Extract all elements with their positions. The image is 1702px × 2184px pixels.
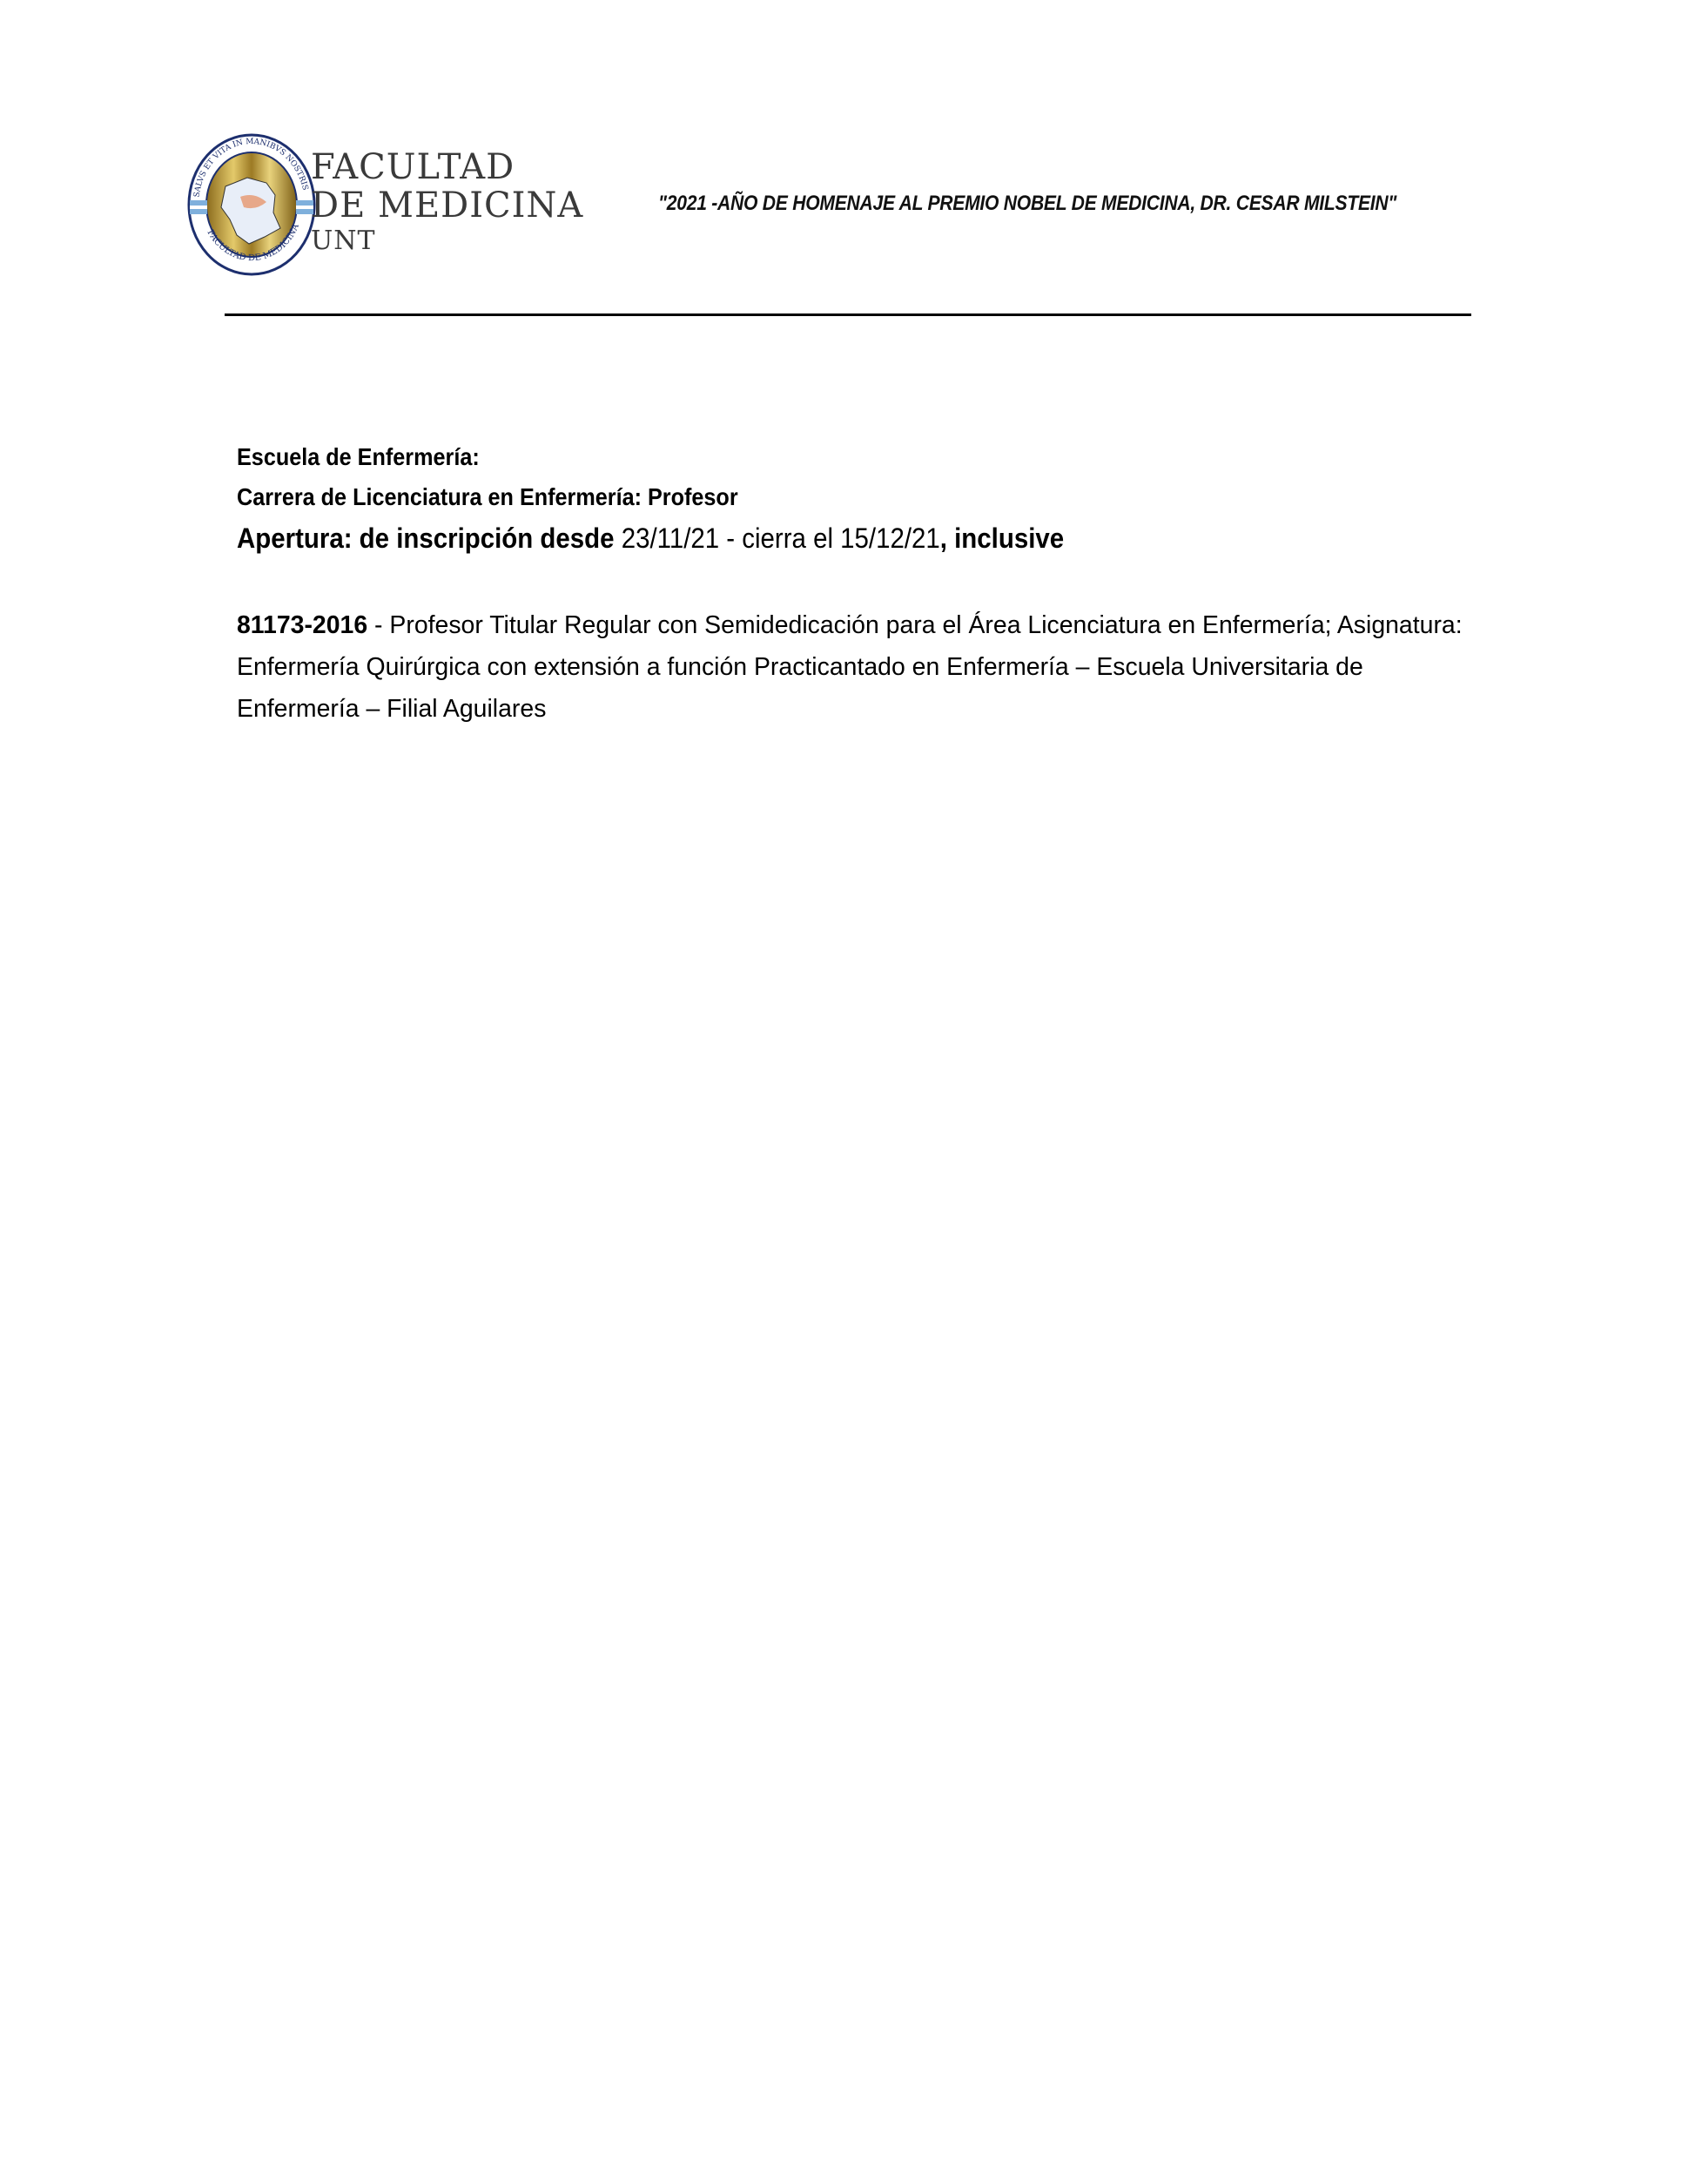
header-commemorative-quote: "2021 -AÑO DE HOMENAJE AL PREMIO NOBEL D… <box>658 192 1396 216</box>
logo-line-medicine: DE MEDICINA <box>311 188 583 226</box>
header-divider <box>225 313 1471 316</box>
registration-period: Apertura: de inscripción desde 23/11/21 … <box>237 519 1390 557</box>
opening-middle: - cierra el <box>719 522 840 554</box>
opening-end-date: 15/12/21 <box>840 522 940 554</box>
position-separator: - <box>367 611 389 639</box>
position-entry: 81173-2016 - Profesor Titular Regular co… <box>237 604 1483 730</box>
logo-line-faculty: FACULTAD <box>311 150 583 188</box>
faculty-logo-text: FACULTAD DE MEDICINA UNT <box>311 150 583 258</box>
opening-start-date: 23/11/21 <box>622 522 719 554</box>
school-title: Escuela de Enfermería: <box>237 441 1365 474</box>
opening-suffix: , inclusive <box>940 522 1064 554</box>
career-title: Carrera de Licenciatura en Enfermería: P… <box>237 481 1365 514</box>
opening-prefix: Apertura: de inscripción desde <box>237 522 622 554</box>
logo-line-unt: UNT <box>311 228 583 258</box>
faculty-seal-icon: SALVS ET VITA IN MANIBVS NOSTRIS FACULTA… <box>186 132 317 277</box>
position-code: 81173-2016 <box>237 611 367 639</box>
document-page: SALVS ET VITA IN MANIBVS NOSTRIS FACULTA… <box>0 0 1702 2184</box>
position-description: Profesor Titular Regular con Semidedicac… <box>237 611 1463 723</box>
document-body: Escuela de Enfermería: Carrera de Licenc… <box>237 441 1490 730</box>
